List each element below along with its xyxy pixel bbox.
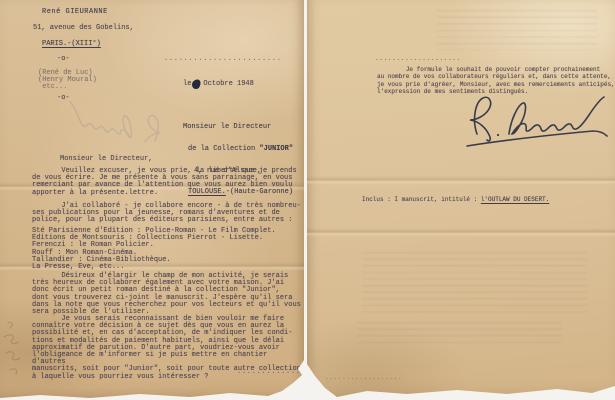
handwritten-signature: [459, 88, 611, 152]
letter-page-2: .................... Je formule le souha…: [307, 0, 615, 400]
sender-street: 51, avenue des Gobelins,: [33, 25, 134, 32]
bleed-through-text: [357, 322, 562, 348]
body-paragraph-3: Désireux d'élargir le champ de mon activ…: [32, 273, 302, 316]
paper-crease: [307, 176, 615, 185]
scanned-letter: René GIEURANNE 51, avenue des Gobelins, …: [0, 0, 615, 400]
enclosure-note: Inclus : I manuscrit, intitulé : l'OUTLA…: [362, 196, 549, 203]
recipient-line2: de la Collection "JUNIOR": [183, 146, 293, 153]
dotted-rule: ........................: [164, 56, 282, 63]
body-paragraph-1: Veuillez excuser, je vous prie, la liber…: [32, 168, 302, 197]
sender-name: René GIEURANNE: [42, 9, 108, 16]
paper-crease: [307, 228, 615, 237]
date-suffix: Octobre 1948: [203, 80, 253, 88]
bleed-through-text: [362, 252, 587, 314]
collection-name: "JUNIOR": [259, 145, 293, 153]
dotted-rule: ..................: [325, 374, 402, 381]
letter-page-1: René GIEURANNE 51, avenue des Gobelins, …: [0, 0, 304, 400]
manuscript-title: l'OUTLAW DU DESERT.: [481, 196, 549, 203]
ink-blot: [192, 80, 200, 89]
date-prefix: le: [183, 80, 191, 88]
recipient-line1: Monsieur le Directeur: [183, 124, 293, 131]
pencil-margin-note: [0, 315, 34, 390]
bleed-through-signature: [56, 86, 175, 164]
divider-mark: -o-: [57, 56, 70, 63]
bleed-through-text: [437, 10, 597, 50]
body-paragraph-2: J'ai collaboré - je collabore encore - à…: [32, 203, 302, 225]
dotted-rule: ....................: [375, 55, 461, 62]
publisher-list: Sté Parisienne d'Edition : Police-Roman …: [32, 228, 302, 271]
sender-city: PARIS.-(XIII°): [42, 41, 101, 48]
